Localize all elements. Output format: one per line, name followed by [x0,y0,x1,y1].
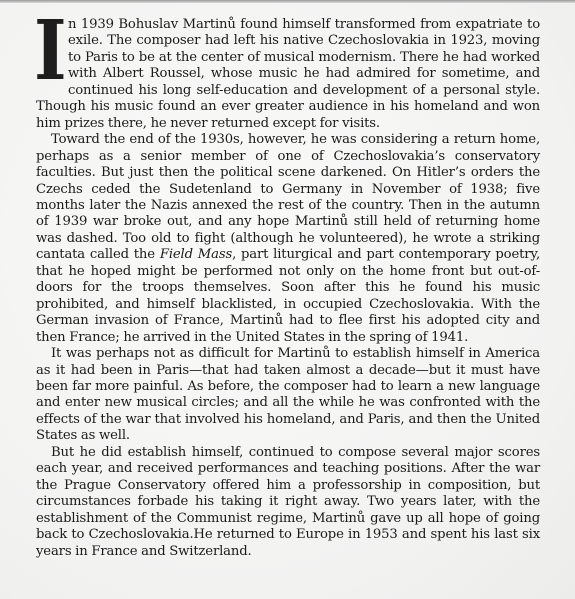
paragraph-2: Toward the end of the 1930s, however, he… [36,132,540,346]
paragraph-4: But he did establish himself, continued … [36,445,540,560]
scan-edge [0,0,575,3]
paragraph-3: It was perhaps not as difficult for Mart… [36,346,540,445]
article-body: In 1939 Bohuslav Martinů found himself t… [36,17,540,560]
paragraph-1: In 1939 Bohuslav Martinů found himself t… [36,17,540,132]
paragraph-2-text-a: Toward the end of the 1930s, however, he… [36,132,540,262]
paragraph-1-text: n 1939 Bohuslav Martinů found himself tr… [36,17,540,131]
work-title-field-mass: Field Mass [160,247,232,262]
drop-cap: I [34,20,58,84]
document-page: In 1939 Bohuslav Martinů found himself t… [0,0,575,599]
